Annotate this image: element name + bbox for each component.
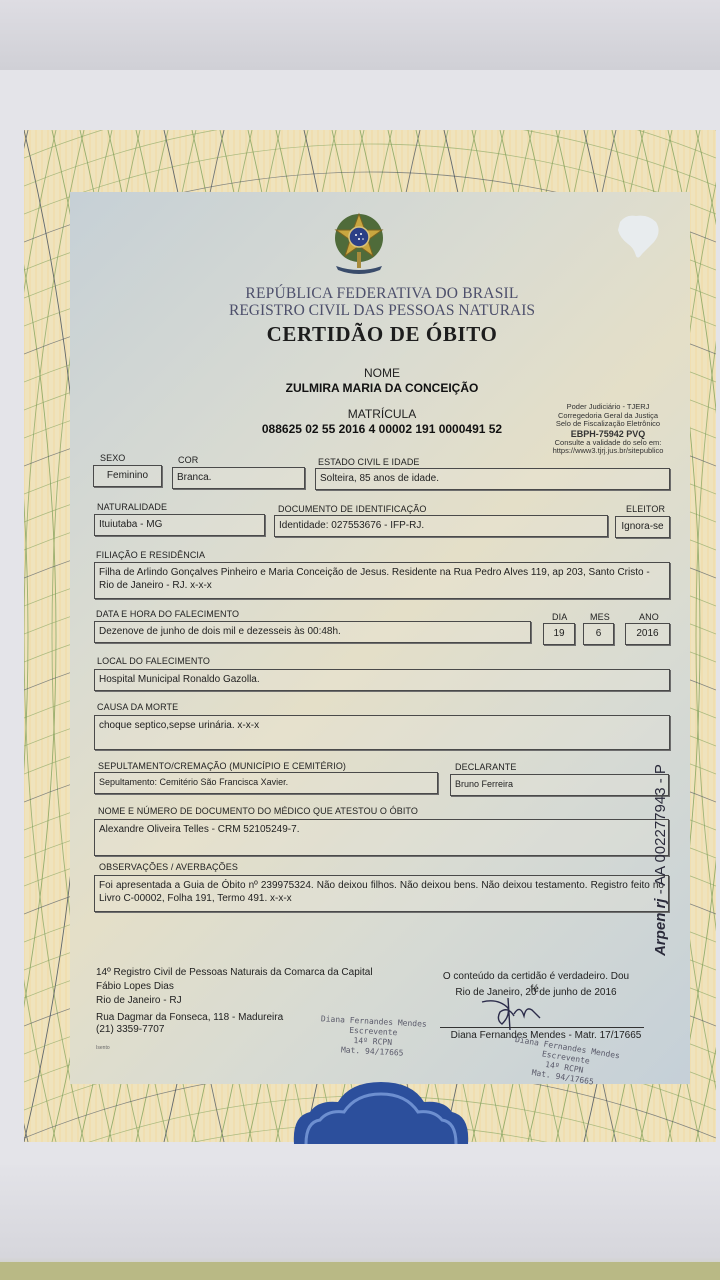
certificate-serial: Arpen rj - AA 002277943 - P bbox=[652, 720, 672, 1000]
estado-civil-field: Solteira, 85 anos de idade. bbox=[315, 468, 670, 490]
ano-label: ANO bbox=[639, 612, 659, 622]
naturalidade-label: NATURALIDADE bbox=[97, 502, 167, 512]
header-republic: REPÚBLICA FEDERATIVA DO BRASIL bbox=[0, 285, 720, 303]
seal-url: https://www3.tjrj.jus.br/sitepublico bbox=[544, 447, 672, 456]
causa-label: CAUSA DA MORTE bbox=[97, 702, 178, 712]
mes-field: 6 bbox=[583, 623, 614, 645]
documento-field: Identidade: 027553676 - IFP-RJ. bbox=[274, 515, 608, 537]
data-hora-label: DATA E HORA DO FALECIMENTO bbox=[96, 609, 239, 619]
mes-label: MES bbox=[590, 612, 610, 622]
name-label: NOME bbox=[0, 366, 720, 380]
seal-code: EBPH-75942 PVQ bbox=[544, 429, 672, 439]
dia-label: DIA bbox=[552, 612, 567, 622]
office-name: 14º Registro Civil de Pessoas Naturais d… bbox=[96, 966, 373, 980]
sepultamento-label: SEPULTAMENTO/CREMAÇÃO (MUNICÍPIO E CEMIT… bbox=[98, 761, 346, 771]
serial-brand: Arpen rj bbox=[652, 898, 669, 956]
estado-civil-label: ESTADO CIVIL E IDADE bbox=[318, 457, 420, 467]
cor-label: COR bbox=[178, 455, 198, 465]
cor-field: Branca. bbox=[172, 467, 305, 489]
medico-label: NOME E NÚMERO DE DOCUMENTO DO MÉDICO QUE… bbox=[98, 806, 418, 816]
sexo-label: SEXO bbox=[100, 453, 125, 463]
embossed-seal-icon bbox=[288, 1080, 474, 1144]
declarante-field: Bruno Ferreira bbox=[450, 774, 669, 796]
local-field: Hospital Municipal Ronaldo Gazolla. bbox=[94, 669, 670, 691]
seal-line-3: Selo de Fiscalização Eletrônico bbox=[544, 420, 672, 429]
table-edge bbox=[0, 1262, 720, 1280]
electronic-seal-info: Poder Judiciário - TJERJ Corregedoria Ge… bbox=[544, 403, 672, 456]
observacoes-label: OBSERVAÇÕES / AVERBAÇÕES bbox=[99, 862, 238, 872]
serial-code: - AA 002277943 - P bbox=[652, 764, 669, 898]
medico-field: Alexandre Oliveira Telles - CRM 52105249… bbox=[94, 819, 669, 856]
observacoes-field: Foi apresentada a Guia de Óbito nº 23997… bbox=[94, 875, 669, 912]
brazil-map-icon bbox=[608, 208, 668, 268]
causa-field: choque septico,sepse urinária. x-x-x bbox=[94, 715, 670, 750]
declarante-label: DECLARANTE bbox=[455, 762, 517, 772]
coat-of-arms-icon bbox=[328, 208, 390, 276]
dia-field: 19 bbox=[543, 623, 575, 645]
data-hora-field: Dezenove de junho de dois mil e dezessei… bbox=[94, 621, 531, 643]
signature-line bbox=[440, 1027, 644, 1028]
eleitor-label: ELEITOR bbox=[626, 504, 665, 514]
eleitor-field: Ignora-se bbox=[615, 516, 670, 538]
sepultamento-field: Sepultamento: Cemitério São Francisca Xa… bbox=[94, 772, 438, 794]
signature-icon bbox=[480, 996, 570, 1030]
filiacao-field: Filha de Arlindo Gonçalves Pinheiro e Ma… bbox=[94, 562, 670, 599]
background-surface-top bbox=[0, 0, 720, 75]
naturalidade-field: Ituiutaba - MG bbox=[94, 514, 265, 536]
sexo-field: Feminino bbox=[93, 465, 162, 487]
document-title: CERTIDÃO DE ÓBITO bbox=[0, 322, 720, 347]
local-label: LOCAL DO FALECIMENTO bbox=[97, 656, 210, 666]
office-officer: Fábio Lopes Dias bbox=[96, 980, 373, 994]
filiacao-label: FILIAÇÃO E RESIDÊNCIA bbox=[96, 550, 205, 560]
name-value: ZULMIRA MARIA DA CONCEIÇÃO bbox=[0, 381, 720, 395]
documento-label: DOCUMENTO DE IDENTIFICAÇÃO bbox=[278, 504, 426, 514]
ano-field: 2016 bbox=[625, 623, 670, 645]
office-city: Rio de Janeiro - RJ bbox=[96, 994, 373, 1008]
header-registry: REGISTRO CIVIL DAS PESSOAS NATURAIS bbox=[0, 302, 720, 320]
clerk-stamp-left: Diana Fernandes Mendes Escrevente 14º RC… bbox=[307, 1014, 439, 1061]
